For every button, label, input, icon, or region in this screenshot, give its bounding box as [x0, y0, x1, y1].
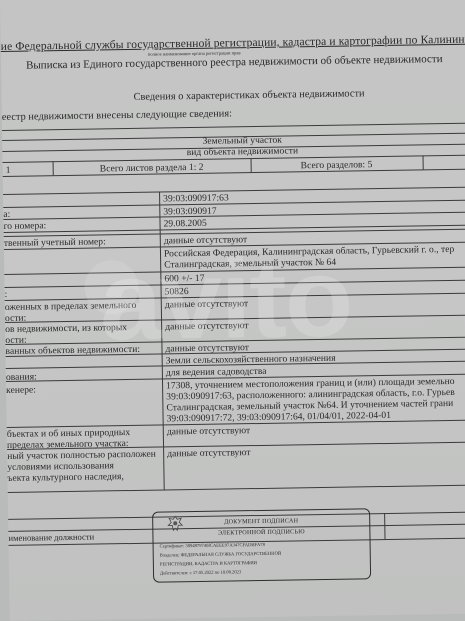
stamp-owner: Владелец: ФЕДЕРАЛЬНАЯ СЛУЖБА ГОСУДАРСТВЕ… — [160, 551, 282, 558]
stamp-validity: Действителен: с 17.05.2022 по 10.08.2023 — [160, 569, 241, 575]
assignment-date: 29.08.2005 — [163, 218, 206, 230]
stamp-signed: ДОКУМЕНТ ПОДПИСАН — [153, 516, 369, 526]
section-intro: еестр недвижимости внесены следующие све… — [2, 108, 232, 123]
stamp-electronic-signature: ЭЛЕКТРОННОЙ ПОДПИСЬЮ — [153, 527, 369, 537]
cadastral-value: 50826 — [165, 286, 189, 297]
area: 600 +/- 17 — [164, 273, 204, 285]
position-caption: именование должности — [8, 532, 94, 543]
document-title: Выписка из Единого государственного реес… — [26, 53, 443, 72]
sheet-number: 1 — [6, 165, 11, 176]
section-title: Сведения о характеристиках объекта недви… — [133, 88, 364, 103]
stamp-owner-2: РЕГИСТРАЦИИ, КАДАСТРА И КАРТОГРАФИИ — [160, 560, 257, 567]
electronic-signature-stamp: ДОКУМЕНТ ПОДПИСАН ЭЛЕКТРОННОЙ ПОДПИСЬЮ С… — [152, 508, 371, 582]
stamp-certificate: Сертификат: 3094879740ICAEEE97A347CFADИF… — [160, 542, 265, 549]
document-page: ие Федеральной службы государственной ре… — [0, 0, 465, 621]
